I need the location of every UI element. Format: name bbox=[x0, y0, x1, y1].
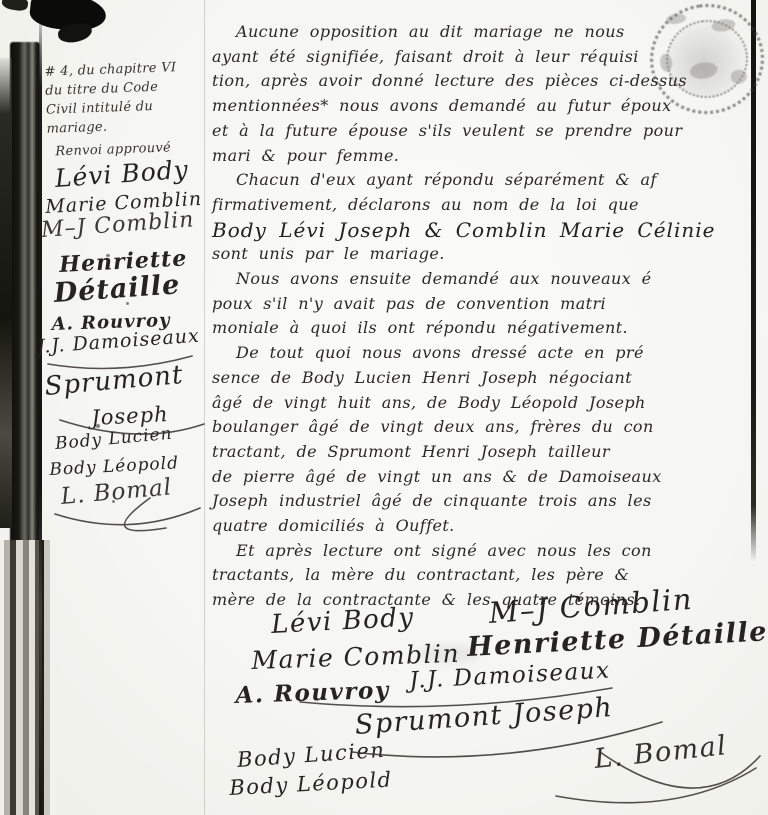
body-text-line: sont unis par le mariage. bbox=[212, 242, 752, 267]
body-text-line: tractant, de Sprumont Henri Joseph taill… bbox=[212, 440, 752, 465]
body-text-line: De tout quoi nous avons dressé acte en p… bbox=[212, 341, 752, 366]
bottom-signature: Body Lucien bbox=[236, 738, 386, 772]
bottom-signature: Lévi Body bbox=[270, 603, 415, 640]
body-paragraph: De tout quoi nous avons dressé acte en p… bbox=[212, 341, 752, 539]
body-text-line: et à la future épouse s'ils veulent se p… bbox=[212, 119, 752, 144]
bottom-signature: Body Léopold bbox=[229, 767, 393, 800]
body-text-line: Aucune opposition au dit mariage ne nous bbox=[212, 20, 752, 45]
margin-note-line: mariage. bbox=[46, 114, 202, 138]
bottom-signature: Sprumont Joseph bbox=[354, 692, 614, 741]
act-body-text: Aucune opposition au dit mariage ne nous… bbox=[212, 20, 752, 613]
scan-ink-blot bbox=[1, 0, 29, 12]
margin-signature: Sprumont bbox=[43, 360, 184, 402]
body-text-line: firmativement, déclarons au nom de la lo… bbox=[212, 193, 752, 218]
body-text-line: ayant été signifiée, faisant droit à leu… bbox=[212, 45, 752, 70]
page-edge-line bbox=[39, 24, 42, 815]
margin-note: # 4, du chapitre VIdu titre du CodeCivil… bbox=[44, 57, 202, 161]
book-binding-bottom bbox=[0, 540, 56, 815]
body-paragraph: Chacun d'eux ayant répondu séparément & … bbox=[212, 168, 752, 267]
body-text-line: mari & pour femme. bbox=[212, 144, 752, 169]
body-text-line: sence de Body Lucien Henri Joseph négoci… bbox=[212, 366, 752, 391]
book-binding-edge bbox=[0, 58, 12, 528]
bottom-signature: L. Bomal bbox=[593, 730, 729, 775]
body-text-line: Body Lévi Joseph & Comblin Marie Célinie bbox=[212, 218, 752, 243]
body-text-line: Et après lecture ont signé avec nous les… bbox=[212, 539, 752, 564]
body-text-line: Joseph industriel âgé de cinquante trois… bbox=[212, 489, 752, 514]
body-paragraph: Nous avons ensuite demandé aux nouveaux … bbox=[212, 267, 752, 341]
body-text-line: Chacun d'eux ayant répondu séparément & … bbox=[212, 168, 752, 193]
margin-signature: L. Bomal bbox=[60, 474, 173, 510]
margin-rule-line bbox=[204, 0, 205, 815]
body-text-line: boulanger âgé de vingt deux ans, frères … bbox=[212, 415, 752, 440]
body-paragraph: Aucune opposition au dit mariage ne nous… bbox=[212, 20, 752, 168]
body-text-line: de pierre âgé de vingt un ans & de Damoi… bbox=[212, 465, 752, 490]
body-text-line: Nous avons ensuite demandé aux nouveaux … bbox=[212, 267, 752, 292]
margin-signature: Body Lucien bbox=[54, 424, 173, 454]
body-text-line: moniale à quoi ils ont répondu négativem… bbox=[212, 316, 752, 341]
book-binding bbox=[10, 42, 40, 550]
body-text-line: quatre domiciliés à Ouffet. bbox=[212, 514, 752, 539]
body-text-line: tion, après avoir donné lecture des pièc… bbox=[212, 69, 752, 94]
document-page: # 4, du chapitre VIdu titre du CodeCivil… bbox=[0, 0, 768, 815]
body-text-line: âgé de vingt huit ans, de Body Léopold J… bbox=[212, 391, 752, 416]
bottom-signature: A. Rouvroy bbox=[235, 677, 390, 709]
body-text-line: poux s'il n'y avait pas de convention ma… bbox=[212, 292, 752, 317]
body-text-line: mentionnées* nous avons demandé au futur… bbox=[212, 94, 752, 119]
